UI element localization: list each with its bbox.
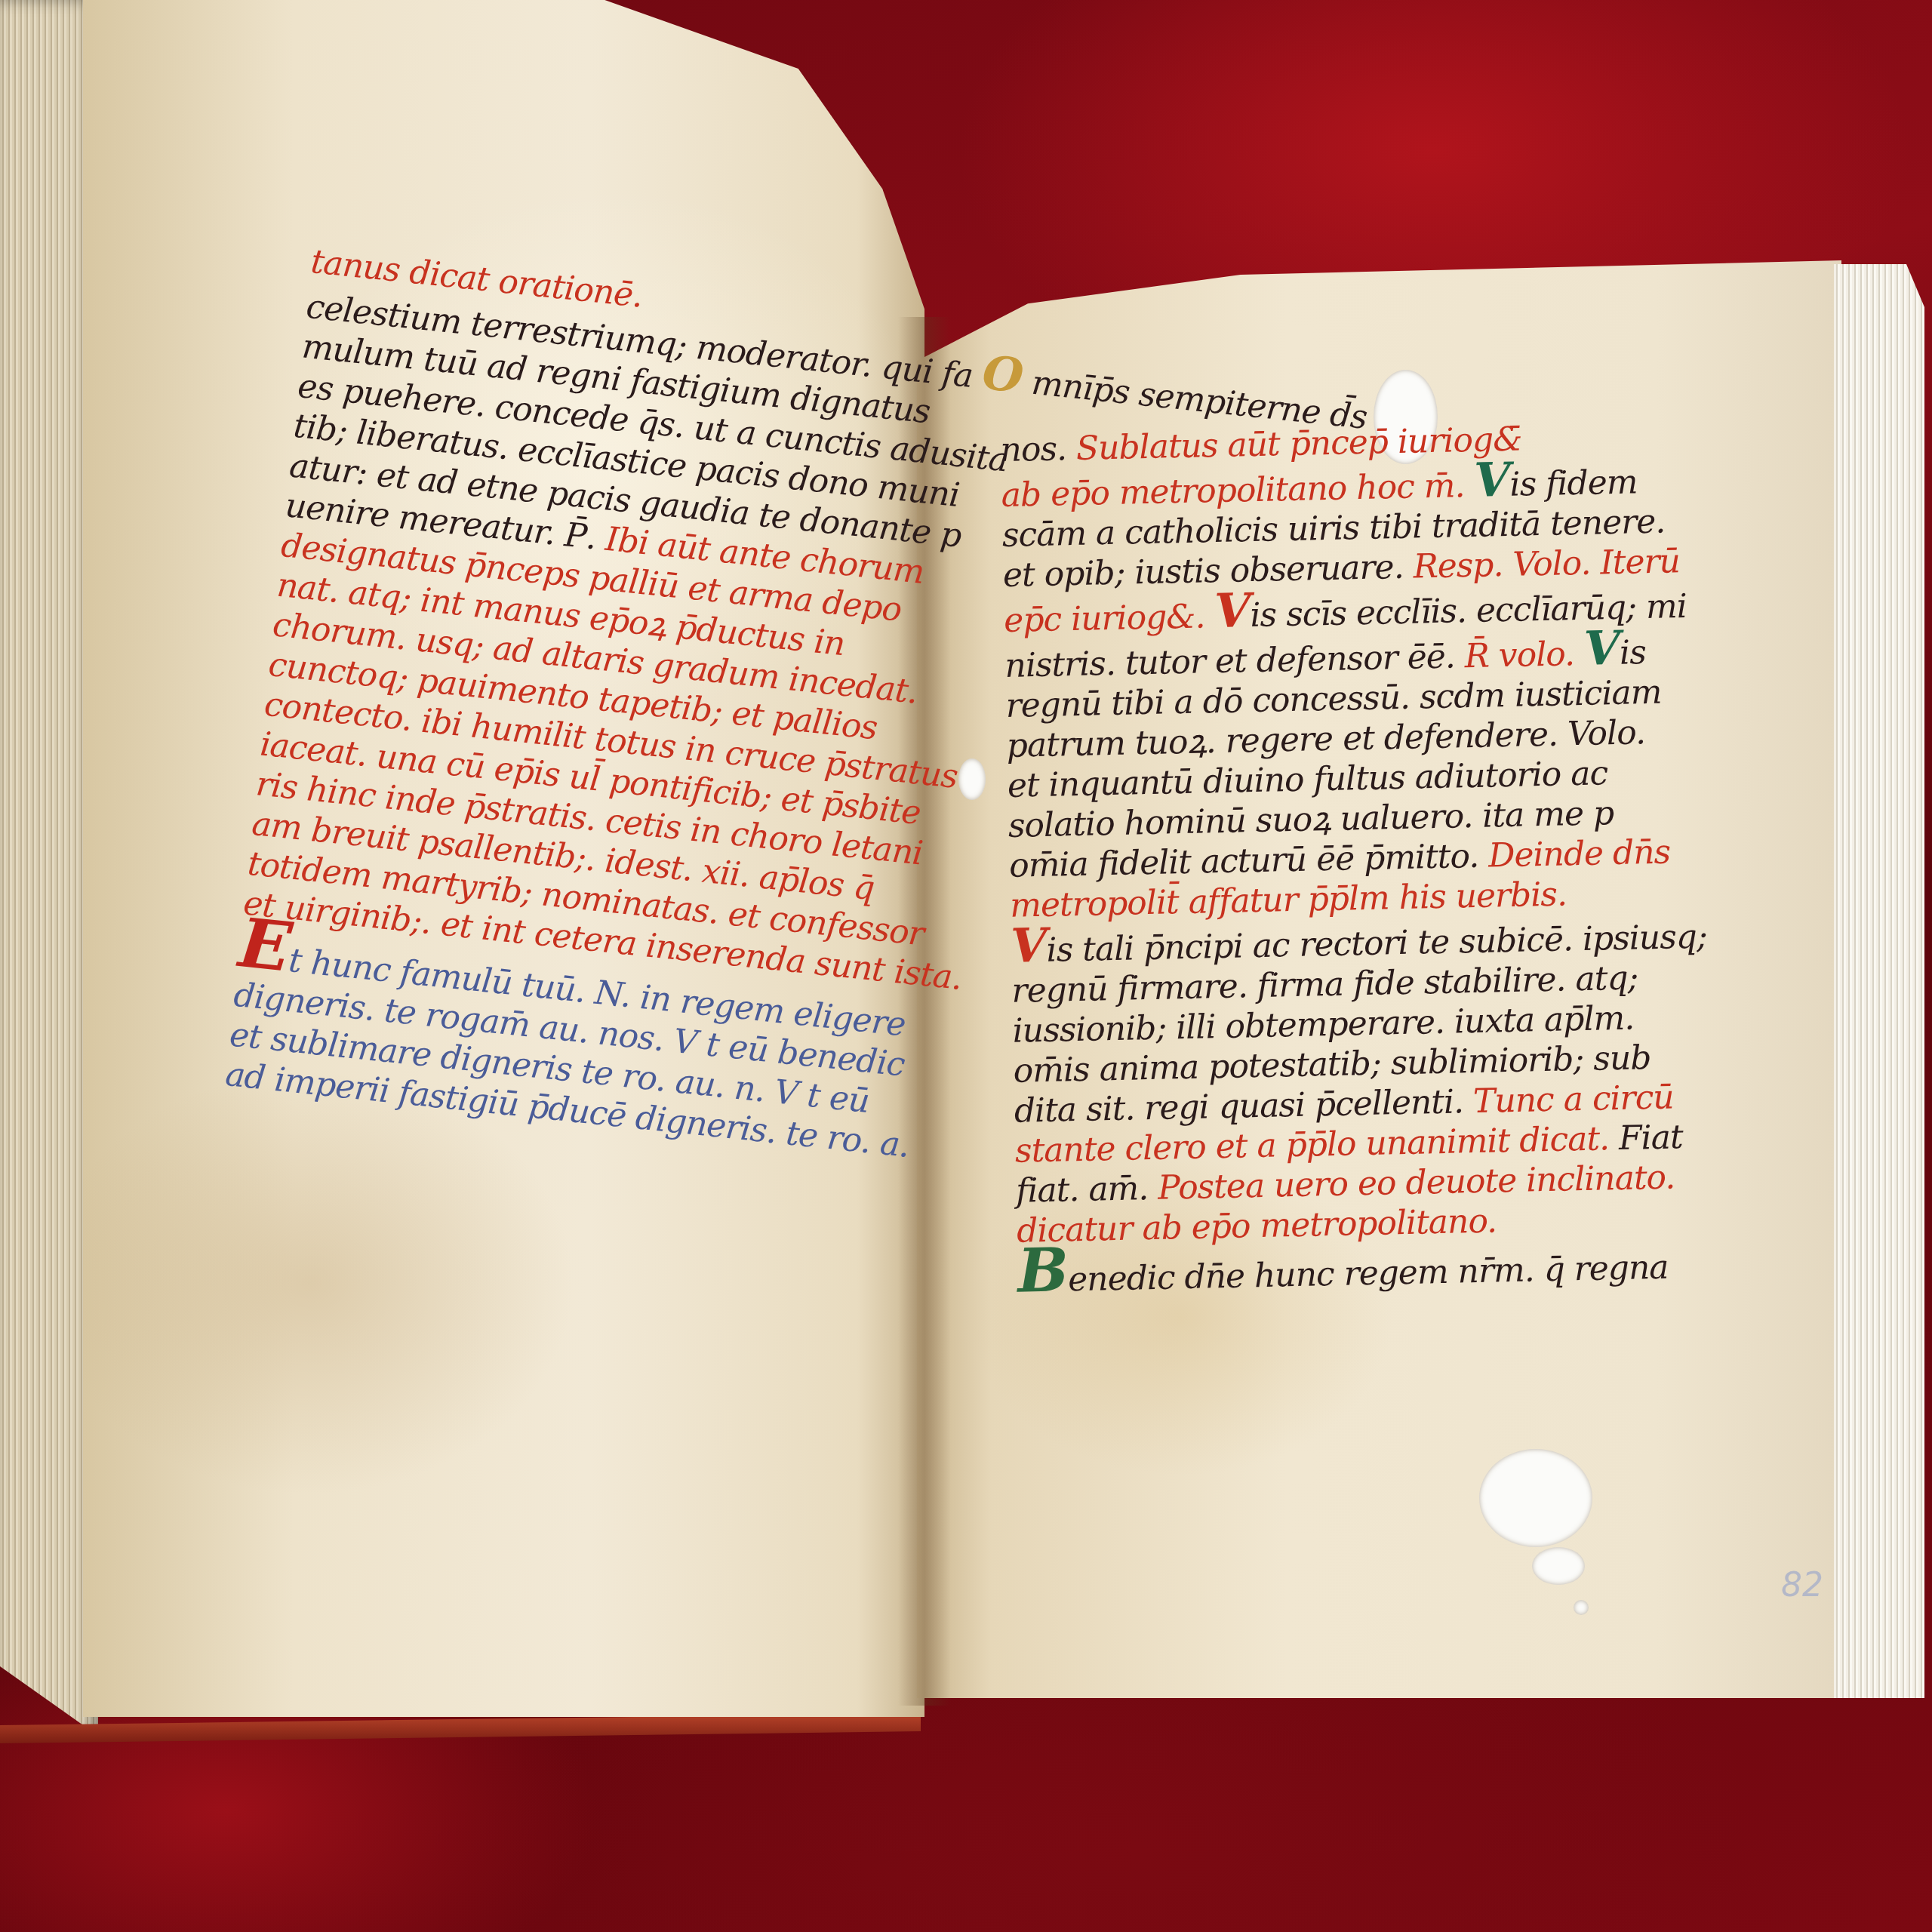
text-line-tail: is (1619, 633, 1646, 672)
illuminated-initial-O: O (980, 345, 1025, 404)
parchment-hole (1532, 1547, 1585, 1585)
folio-number: 82 (1781, 1566, 1823, 1604)
rubric: R̄ volo. (1464, 635, 1574, 675)
rubric: Deinde dn̄s (1488, 833, 1671, 875)
text-line-tail: Fiat (1618, 1118, 1683, 1158)
right-page-text: nos. Sublatus aūt p̄ncep̄ iuriog&̄ ab ep… (1000, 417, 1682, 1301)
rubric: ep̄c iuriog&. (1004, 597, 1205, 640)
text-line-body: fiat. am̄. (1016, 1169, 1149, 1211)
text-line-body: nos. (1000, 429, 1066, 469)
left-page-text: tanus dicat orationē. celestium terrestr… (223, 241, 913, 1157)
parchment-hole (1574, 1600, 1589, 1615)
initial-V: V (1214, 583, 1251, 638)
text-line-tail: is fidem (1509, 463, 1638, 504)
parchment-hole (958, 758, 986, 800)
right-page-block-edge (1834, 264, 1924, 1698)
illuminated-initial-V: V (1583, 620, 1620, 676)
book-cover-edge (0, 1713, 921, 1743)
illuminated-initial-B: B (1017, 1234, 1069, 1306)
initial-V: V (1011, 918, 1048, 974)
rubric: Tunc a circū (1472, 1078, 1674, 1121)
rubric: Resp. Volo. Iterū (1413, 542, 1680, 586)
illuminated-initial-V: V (1473, 452, 1510, 508)
open-manuscript: tanus dicat orationē. celestium terrestr… (0, 0, 1932, 1932)
parchment-hole (1479, 1449, 1592, 1547)
